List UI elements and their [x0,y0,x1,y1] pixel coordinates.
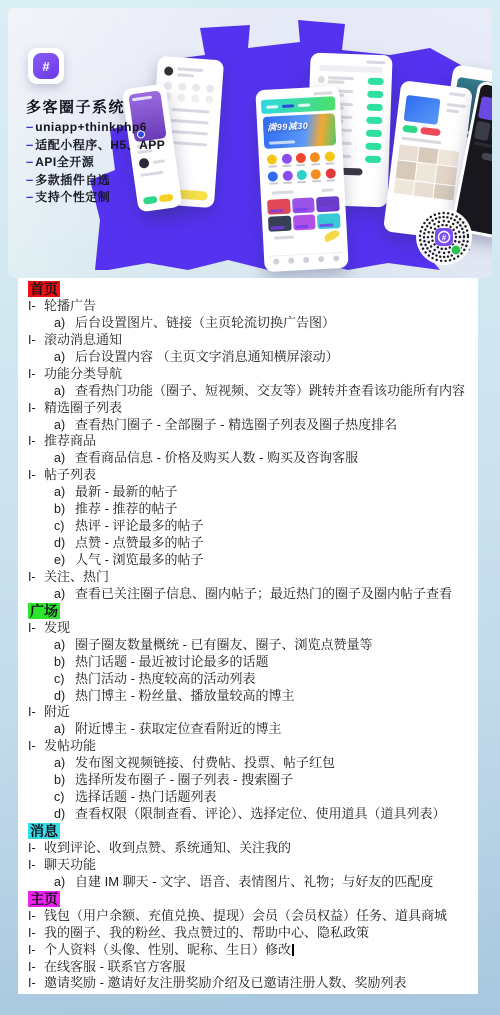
list-item-text: 推荐 - 推荐的帖子 [75,501,178,516]
dash-bullet-icon: – [26,137,33,152]
app-icon [280,170,295,184]
section-heading-label: 首页 [28,281,60,297]
list-item-text: 人气 - 浏览最多的帖子 [75,552,204,567]
banner-feature-label: API全开源 [35,155,94,169]
list-item-level1: I-我的圈子、我的粉丝、我点赞过的、帮助中心、隐私政策 [28,925,478,942]
list-marker: a) [54,383,75,400]
list-marker: b) [54,654,75,671]
list-marker: I- [28,569,44,586]
list-item-text: 发布图文视频链接、付费帖、投票、帖子红包 [75,755,335,770]
promo-page: { "colors": { "brand_purple": "#5532ef",… [0,0,500,1015]
list-item-level1: I-聊天功能 [28,857,478,874]
banner-feature-item: –uniapp+thinkphp6 [26,118,165,136]
list-item-level1: I-收到评论、收到点赞、系统通知、关注我的 [28,840,478,857]
list-item-text: 发帖功能 [44,738,96,753]
phone-mockup-home: 满99减30 [255,86,348,272]
app-icon [322,151,337,165]
list-item-text: 附近 [44,704,70,719]
list-item-level2: d)点赞 - 点赞最多的帖子 [28,535,478,552]
list-item-text: 我的圈子、我的粉丝、我点赞过的、帮助中心、隐私政策 [44,925,369,940]
list-item-text: 发现 [44,620,70,635]
list-item-level2: b)热门话题 - 最近被讨论最多的话题 [28,654,478,671]
banner-feature-label: 多款插件自选 [35,173,110,187]
list-item-level2: b)选择所发布圈子 - 圈子列表 - 搜索圈子 [28,772,478,789]
list-item-text: 查看权限（限制查看、评论）、选择定位、使用道具（道具列表） [75,806,446,821]
list-item-level2: a)查看热门圈子 - 全部圈子 - 精选圈子列表及圈子热度排名 [28,417,478,434]
list-marker: a) [54,721,75,738]
list-item-text: 热评 - 评论最多的帖子 [75,518,204,533]
post-card [317,213,340,229]
banner-feature-item: –适配小程序、H5、APP [26,136,165,154]
list-item-level1: I-关注、热门 [28,569,478,586]
list-marker: I- [28,959,44,976]
list-item-text: 热门话题 - 最近被讨论最多的话题 [75,654,269,669]
list-item-level1: I-在线客服 - 联系官方客服 [28,959,478,976]
list-item-level2: a)查看商品信息 - 价格及购买人数 - 购买及咨询客服 [28,450,478,467]
list-marker: a) [54,349,75,366]
list-marker: d) [54,688,75,705]
list-marker: a) [54,874,75,891]
list-marker: I- [28,908,44,925]
list-marker: c) [54,671,75,688]
list-item-text: 点赞 - 点赞最多的帖子 [75,535,204,550]
list-item-text: 收到评论、收到点赞、系统通知、关注我的 [44,840,291,855]
list-item-text: 邀请奖励 - 邀请好友注册奖励介绍及已邀请注册人数、奖励列表 [44,975,407,990]
list-item-text: 圈子圈友数量概统 - 已有圈友、圈子、浏览点赞量等 [75,637,373,652]
section-heading-label: 广场 [28,603,60,619]
leaf-decoration [323,228,341,242]
list-item-level2: a)后台设置内容 （主页文字消息通知横屏滚动） [28,349,478,366]
list-item-text: 后台设置内容 （主页文字消息通知横屏滚动） [75,349,339,364]
qr-code: # [415,208,473,266]
list-marker: a) [54,484,75,501]
list-marker: b) [54,501,75,518]
list-item-level2: d)热门博主 - 粉丝量、播放量较高的博主 [28,688,478,705]
list-item-level1: I-推荐商品 [28,433,478,450]
list-item-text: 查看热门圈子 - 全部圈子 - 精选圈子列表及圈子热度排名 [75,417,397,432]
list-item-level2: a)查看热门功能（圈子、短视频、交友等）跳转并查看该功能所有内容 [28,383,478,400]
list-marker: e) [54,552,75,569]
list-marker: I- [28,332,44,349]
list-item-level2: a)查看已关注圈子信息、圈内帖子；最近热门的圈子及圈内帖子查看 [28,586,478,603]
list-item-level1: I-发现 [28,620,478,637]
list-marker: I- [28,433,44,450]
list-item-level2: a)后台设置图片、链接（主页轮流切换广告图） [28,315,478,332]
list-item-text: 选择所发布圈子 - 圈子列表 - 搜索圈子 [75,772,293,787]
promo-text: 满99减30 [267,119,309,134]
promo-banner: 满99减30 [263,113,337,149]
banner-feature-item: –多款插件自选 [26,171,165,189]
list-marker: I- [28,840,44,857]
list-marker: d) [54,806,75,823]
list-marker: I- [28,975,44,992]
app-icon-grid [262,148,342,188]
list-marker: I- [28,857,44,874]
list-item-text: 查看商品信息 - 价格及购买人数 - 购买及咨询客服 [75,450,358,465]
post-card [292,197,315,213]
post-card [293,214,316,230]
hero-banner: # 多客圈子系统 –uniapp+thinkphp6–适配小程序、H5、APP–… [8,8,492,278]
phone-tabs [261,96,336,114]
list-marker: I- [28,620,44,637]
banner-feature-label: 支持个性定制 [35,190,110,204]
app-icon [308,152,323,166]
list-marker: b) [54,772,75,789]
list-item-text: 查看已关注圈子信息、圈内帖子；最近热门的圈子及圈内帖子查看 [75,586,452,601]
list-item-level2: b)推荐 - 推荐的帖子 [28,501,478,518]
section-heading-label: 消息 [28,823,60,839]
list-item-level1: I-功能分类导航 [28,366,478,383]
list-marker: I- [28,298,44,315]
list-item-text: 帖子列表 [44,467,96,482]
list-marker: I- [28,400,44,417]
list-item-level2: a)自建 IM 聊天 - 文字、语音、表情图片、礼物；与好友的匹配度 [28,874,478,891]
list-item-text: 滚动消息通知 [44,332,122,347]
list-item-text: 精选圈子列表 [44,400,122,415]
list-item-level2: d)查看权限（限制查看、评论）、选择定位、使用道具（道具列表） [28,806,478,823]
list-item-level2: c)热门活动 - 热度较高的活动列表 [28,671,478,688]
banner-feature-label: uniapp+thinkphp6 [35,120,147,134]
app-icon [309,169,324,183]
dash-bullet-icon: – [26,154,33,169]
list-item-level2: e)人气 - 浏览最多的帖子 [28,552,478,569]
list-item-level1: I-个人资料（头像、性别、昵称、生日）修改 [28,942,478,959]
banner-feature-label: 适配小程序、H5、APP [35,138,165,152]
list-item-text: 钱包（用户余额、充值兑换、提现）会员（会员权益）任务、道具商城 [44,908,447,923]
dash-bullet-icon: – [26,172,33,187]
app-icon [294,170,309,184]
list-marker: c) [54,789,75,806]
list-marker: I- [28,366,44,383]
list-marker: I- [28,942,44,959]
list-item-level2: a)最新 - 最新的帖子 [28,484,478,501]
list-marker: I- [28,467,44,484]
qr-center-logo-icon: # [442,233,447,242]
section-heading: 首页 [28,281,478,298]
list-item-text: 后台设置图片、链接（主页轮流切换广告图） [75,315,335,330]
list-item-level2: c)选择话题 - 热门话题列表 [28,789,478,806]
list-item-level1: I-邀请奖励 - 邀请好友注册奖励介绍及已邀请注册人数、奖励列表 [28,975,478,992]
list-item-level2: a)圈子圈友数量概统 - 已有圈友、圈子、浏览点赞量等 [28,637,478,654]
list-item-text: 轮播广告 [44,298,96,313]
list-marker: a) [54,450,75,467]
phone-navbar [269,252,343,267]
list-marker: a) [54,755,75,772]
feature-document: 首页I-轮播广告a)后台设置图片、链接（主页轮流切换广告图）I-滚动消息通知a)… [18,278,478,994]
dash-bullet-icon: – [26,189,33,204]
app-logo: # [28,48,64,84]
list-item-text: 热门活动 - 热度较高的活动列表 [75,671,256,686]
banner-feature-item: –支持个性定制 [26,188,165,206]
list-item-level1: I-精选圈子列表 [28,400,478,417]
list-marker: I- [28,738,44,755]
app-icon [266,171,281,185]
list-item-text: 热门博主 - 粉丝量、播放量较高的博主 [75,688,295,703]
product-title: 多客圈子系统 [26,96,125,117]
banner-feature-item: –API全开源 [26,153,165,171]
app-icon [293,153,308,167]
list-item-level1: I-发帖功能 [28,738,478,755]
list-item-level1: I-钱包（用户余额、充值兑换、提现）会员（会员权益）任务、道具商城 [28,908,478,925]
list-item-text: 附近博主 - 获取定位查看附近的博主 [75,721,282,736]
list-marker: I- [28,925,44,942]
section-heading: 消息 [28,823,478,840]
list-item-text: 推荐商品 [44,433,96,448]
list-item-text: 查看热门功能（圈子、短视频、交友等）跳转并查看该功能所有内容 [75,383,465,398]
list-marker: a) [54,586,75,603]
list-item-level2: a)发布图文视频链接、付费帖、投票、帖子红包 [28,755,478,772]
list-item-text: 功能分类导航 [44,366,122,381]
section-heading: 主页 [28,891,478,908]
text-cursor [292,944,294,956]
list-marker: c) [54,518,75,535]
list-marker: I- [28,704,44,721]
list-item-text: 聊天功能 [44,857,96,872]
list-item-level2: c)热评 - 评论最多的帖子 [28,518,478,535]
list-marker: a) [54,417,75,434]
feature-bullet-list: –uniapp+thinkphp6–适配小程序、H5、APP–API全开源–多款… [26,118,165,206]
list-item-text: 最新 - 最新的帖子 [75,484,178,499]
section-heading-label: 主页 [28,891,60,907]
list-item-level1: I-附近 [28,704,478,721]
section-heading: 广场 [28,603,478,620]
app-icon [265,154,280,168]
list-item-level1: I-轮播广告 [28,298,478,315]
app-icon [323,168,338,182]
list-item-text: 选择话题 - 热门话题列表 [75,789,217,804]
list-item-text: 个人资料（头像、性别、昵称、生日）修改 [44,942,291,957]
list-marker: d) [54,535,75,552]
hash-logo-icon: # [33,53,59,79]
app-icon [279,153,294,167]
list-item-level2: a)附近博主 - 获取定位查看附近的博主 [28,721,478,738]
list-item-text: 关注、热门 [44,569,109,584]
list-item-level1: I-帖子列表 [28,467,478,484]
list-marker: a) [54,315,75,332]
post-card [316,196,339,212]
post-card [268,216,291,232]
list-item-level1: I-滚动消息通知 [28,332,478,349]
dash-bullet-icon: – [26,119,33,134]
list-item-text: 自建 IM 聊天 - 文字、语音、表情图片、礼物；与好友的匹配度 [75,874,433,889]
post-card [267,199,290,215]
list-marker: a) [54,637,75,654]
list-item-text: 在线客服 - 联系官方客服 [44,959,186,974]
